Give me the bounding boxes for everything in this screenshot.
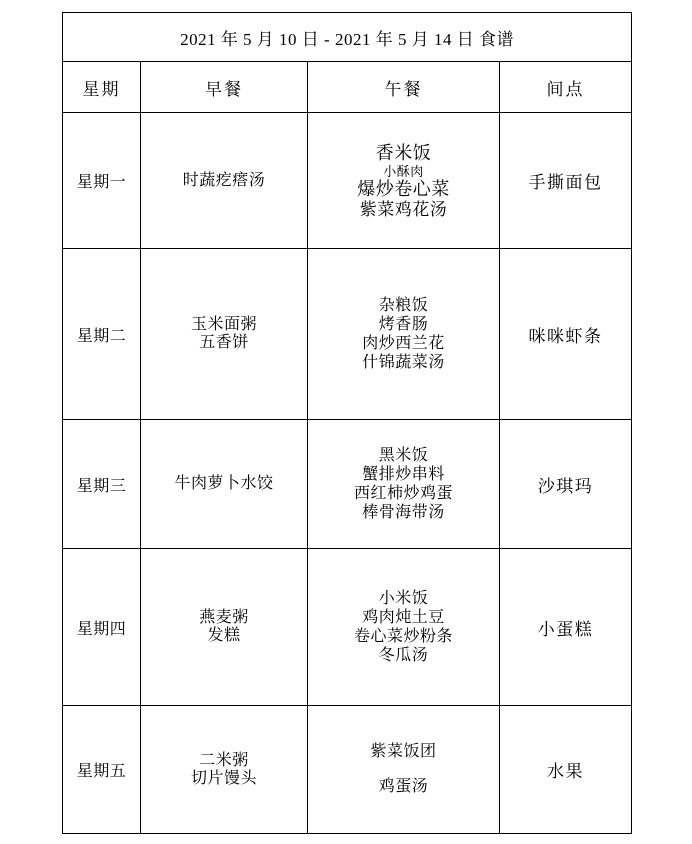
header-day: 星期 (63, 62, 141, 113)
dish-line: 发糕 (141, 627, 307, 645)
table-row-monday: 星期一 时蔬疙瘩汤 香米饭 小酥肉 爆炒卷心菜 紫菜鸡花汤 手撕面包 (63, 113, 632, 249)
dish-line: 鸡蛋汤 (308, 778, 499, 796)
dish-line: 爆炒卷心菜 (308, 179, 499, 200)
dish-line: 杂粮饭 (308, 296, 499, 315)
table-row-friday: 星期五 二米粥 切片馒头 紫菜饭团 鸡蛋汤 水果 (63, 706, 632, 834)
dish-line: 小酥肉 (308, 164, 499, 179)
header-row: 星期 早餐 午餐 间点 (63, 62, 632, 113)
lunch-cell: 小米饭 鸡肉炖土豆 卷心菜炒粉条 冬瓜汤 (308, 549, 500, 706)
dish-line: 紫菜饭团 (308, 743, 499, 761)
day-label: 星期五 (63, 706, 141, 834)
dish-line: 肉炒西兰花 (308, 334, 499, 353)
header-breakfast: 早餐 (141, 62, 308, 113)
dish-line-blank (308, 761, 499, 779)
title-row: 2021 年 5 月 10 日 - 2021 年 5 月 14 日 食谱 (63, 13, 632, 62)
dish-line: 五香饼 (141, 334, 307, 352)
dish-line: 卷心菜炒粉条 (308, 627, 499, 646)
breakfast-cell: 牛肉萝卜水饺 (141, 420, 308, 549)
lunch-cell: 紫菜饭团 鸡蛋汤 (308, 706, 500, 834)
snack-cell: 咪咪虾条 (500, 249, 632, 420)
day-label: 星期二 (63, 249, 141, 420)
table-row-wednesday: 星期三 牛肉萝卜水饺 黑米饭 蟹排炒串料 西红柿炒鸡蛋 棒骨海带汤 沙琪玛 (63, 420, 632, 549)
breakfast-cell: 时蔬疙瘩汤 (141, 113, 308, 249)
day-label: 星期四 (63, 549, 141, 706)
table-row-tuesday: 星期二 玉米面粥 五香饼 杂粮饭 烤香肠 肉炒西兰花 什锦蔬菜汤 咪咪虾条 (63, 249, 632, 420)
header-snack: 间点 (500, 62, 632, 113)
day-label: 星期三 (63, 420, 141, 549)
dish-line: 玉米面粥 (141, 316, 307, 334)
dish-line: 黑米饭 (308, 446, 499, 465)
breakfast-cell: 玉米面粥 五香饼 (141, 249, 308, 420)
dish-line: 时蔬疙瘩汤 (141, 172, 307, 190)
page-title: 2021 年 5 月 10 日 - 2021 年 5 月 14 日 食谱 (63, 13, 632, 62)
dish-line: 蟹排炒串料 (308, 465, 499, 484)
dish-line: 鸡肉炖土豆 (308, 608, 499, 627)
snack-cell: 水果 (500, 706, 632, 834)
dish-line: 棒骨海带汤 (308, 503, 499, 522)
weekly-menu-table: 2021 年 5 月 10 日 - 2021 年 5 月 14 日 食谱 星期 … (62, 12, 632, 834)
dish-line: 小米饭 (308, 589, 499, 608)
dish-line: 二米粥 (141, 752, 307, 770)
dish-line: 紫菜鸡花汤 (308, 200, 499, 219)
snack-cell: 手撕面包 (500, 113, 632, 249)
dish-line: 烤香肠 (308, 315, 499, 334)
dish-line: 切片馒头 (141, 770, 307, 788)
dish-line: 西红柿炒鸡蛋 (308, 484, 499, 503)
day-label: 星期一 (63, 113, 141, 249)
dish-line: 什锦蔬菜汤 (308, 353, 499, 372)
lunch-cell: 黑米饭 蟹排炒串料 西红柿炒鸡蛋 棒骨海带汤 (308, 420, 500, 549)
dish-line: 冬瓜汤 (308, 646, 499, 665)
lunch-cell: 杂粮饭 烤香肠 肉炒西兰花 什锦蔬菜汤 (308, 249, 500, 420)
breakfast-cell: 二米粥 切片馒头 (141, 706, 308, 834)
lunch-cell: 香米饭 小酥肉 爆炒卷心菜 紫菜鸡花汤 (308, 113, 500, 249)
table-row-thursday: 星期四 燕麦粥 发糕 小米饭 鸡肉炖土豆 卷心菜炒粉条 冬瓜汤 小蛋糕 (63, 549, 632, 706)
snack-cell: 沙琪玛 (500, 420, 632, 549)
dish-line: 牛肉萝卜水饺 (141, 475, 307, 493)
dish-line: 香米饭 (308, 143, 499, 164)
breakfast-cell: 燕麦粥 发糕 (141, 549, 308, 706)
menu-page: 2021 年 5 月 10 日 - 2021 年 5 月 14 日 食谱 星期 … (0, 0, 692, 844)
snack-cell: 小蛋糕 (500, 549, 632, 706)
dish-line: 燕麦粥 (141, 609, 307, 627)
header-lunch: 午餐 (308, 62, 500, 113)
